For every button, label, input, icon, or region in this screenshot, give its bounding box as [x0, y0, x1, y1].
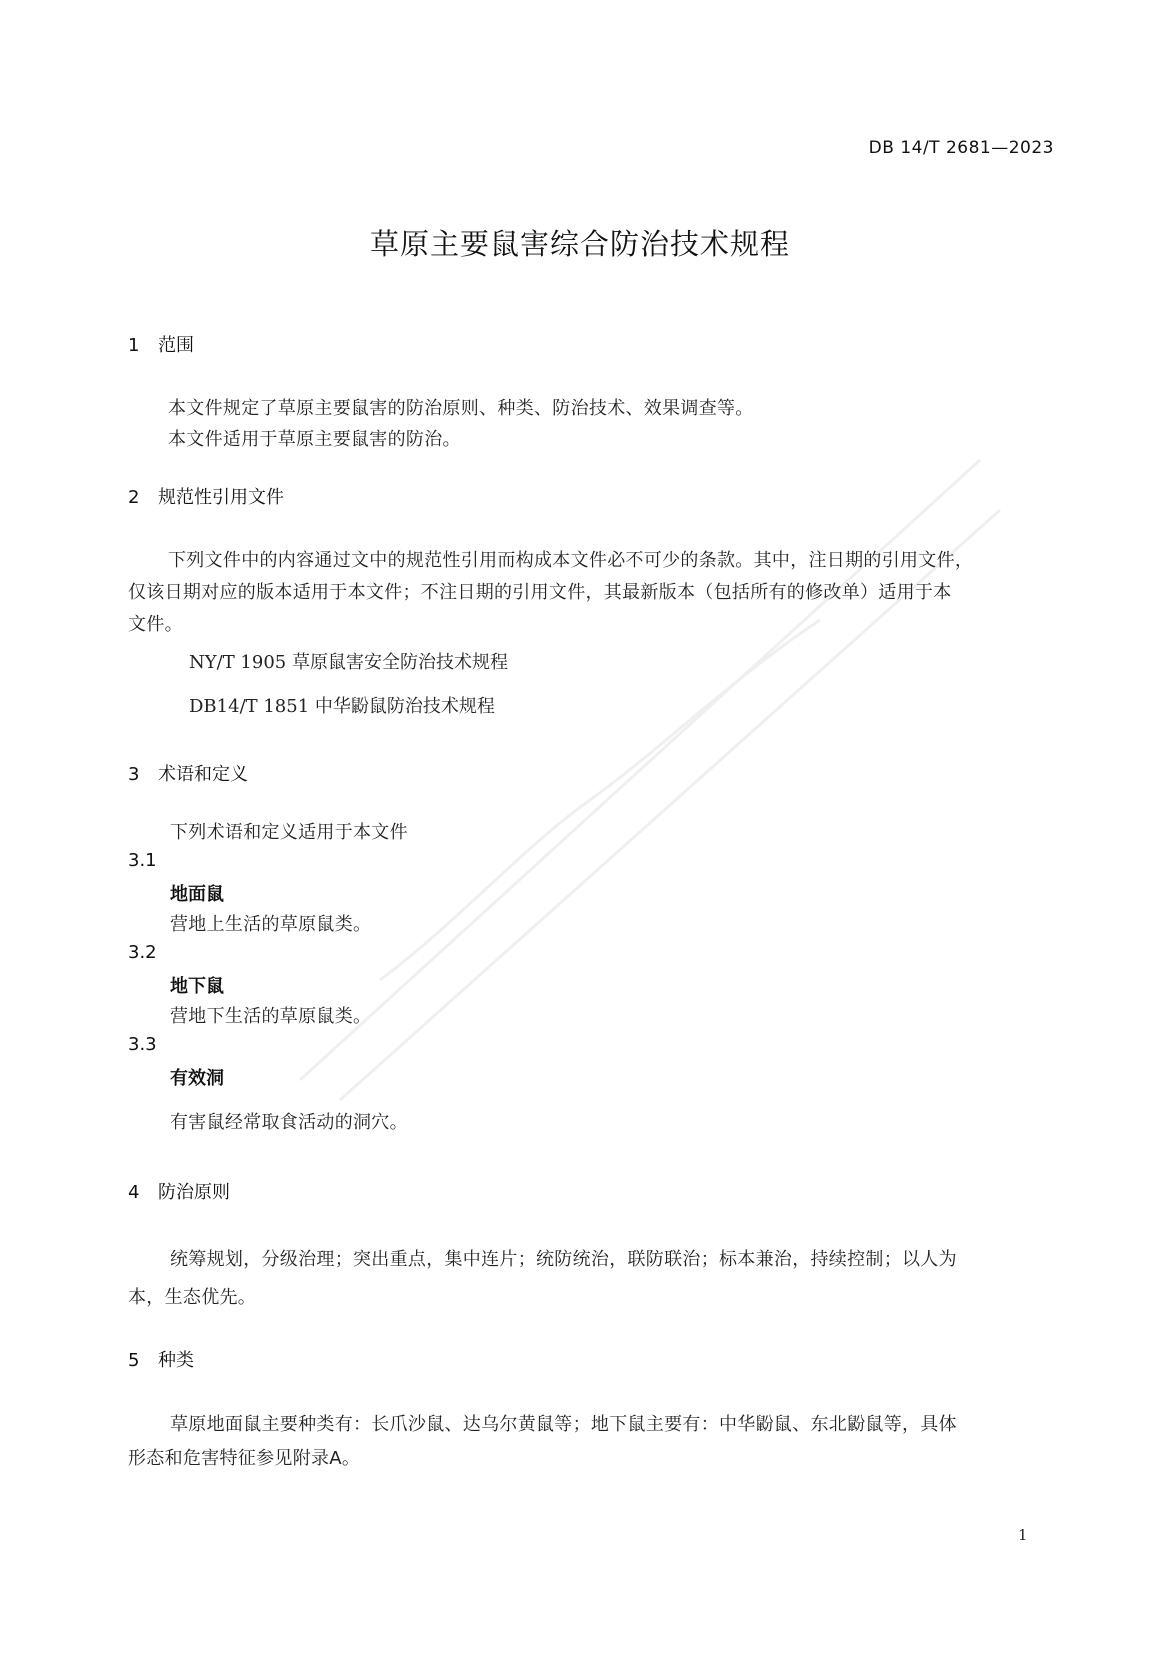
- reference-item: DB14/T 1851 中华鼢鼠防治技术规程: [189, 692, 495, 718]
- references-paragraph-line-2: 仅该日期对应的版本适用于本文件；不注日期的引用文件，其最新版本（包括所有的修改单…: [128, 578, 952, 604]
- section-heading-terms: 3术语和定义: [128, 760, 248, 786]
- watermark: [260, 420, 1020, 1120]
- section-number: 3: [128, 764, 158, 785]
- references-paragraph-line-3: 文件。: [128, 610, 183, 636]
- terms-intro: 下列术语和定义适用于本文件: [170, 818, 408, 844]
- term-name: 地面鼠: [170, 880, 224, 906]
- term-number: 3.2: [128, 942, 157, 963]
- term-name: 有效洞: [170, 1064, 224, 1090]
- principles-line-1: 统筹规划，分级治理；突出重点，集中连片；统防统治，联防联治；标本兼治，持续控制；…: [170, 1245, 957, 1271]
- page-number: 1: [1018, 1526, 1028, 1544]
- section-heading-normative-references: 2规范性引用文件: [128, 483, 284, 509]
- section-title: 术语和定义: [158, 764, 248, 785]
- section-title: 规范性引用文件: [158, 487, 284, 508]
- section-title: 范围: [158, 335, 194, 356]
- section-title: 种类: [158, 1350, 194, 1371]
- section-title: 防治原则: [158, 1182, 230, 1203]
- section-number: 4: [128, 1182, 158, 1203]
- species-line-1: 草原地面鼠主要种类有：长爪沙鼠、达乌尔黄鼠等；地下鼠主要有：中华鼢鼠、东北鼢鼠等…: [170, 1410, 957, 1436]
- section-heading-species: 5种类: [128, 1346, 194, 1372]
- section-number: 1: [128, 335, 158, 356]
- term-number: 3.1: [128, 850, 157, 871]
- scope-paragraph-1: 本文件规定了草原主要鼠害的防治原则、种类、防治技术、效果调查等。: [168, 394, 754, 420]
- section-number: 2: [128, 487, 158, 508]
- species-line-2: 形态和危害特征参见附录A。: [128, 1444, 360, 1470]
- term-definition: 营地上生活的草原鼠类。: [170, 910, 371, 936]
- term-name: 地下鼠: [170, 972, 224, 998]
- references-paragraph-line-1: 下列文件中的内容通过文中的规范性引用而构成本文件必不可少的条款。其中，注日期的引…: [168, 546, 973, 572]
- reference-item: NY/T 1905 草原鼠害安全防治技术规程: [189, 648, 508, 674]
- term-definition: 有害鼠经常取食活动的洞穴。: [170, 1108, 408, 1134]
- document-title: 草原主要鼠害综合防治技术规程: [0, 222, 1160, 263]
- term-definition: 营地下生活的草原鼠类。: [170, 1002, 371, 1028]
- section-heading-scope: 1范围: [128, 331, 194, 357]
- document-code: DB 14/T 2681—2023: [869, 138, 1054, 158]
- term-number: 3.3: [128, 1034, 157, 1055]
- scope-paragraph-2: 本文件适用于草原主要鼠害的防治。: [168, 425, 461, 451]
- section-number: 5: [128, 1350, 158, 1371]
- section-heading-principles: 4防治原则: [128, 1178, 230, 1204]
- principles-line-2: 本，生态优先。: [128, 1283, 256, 1309]
